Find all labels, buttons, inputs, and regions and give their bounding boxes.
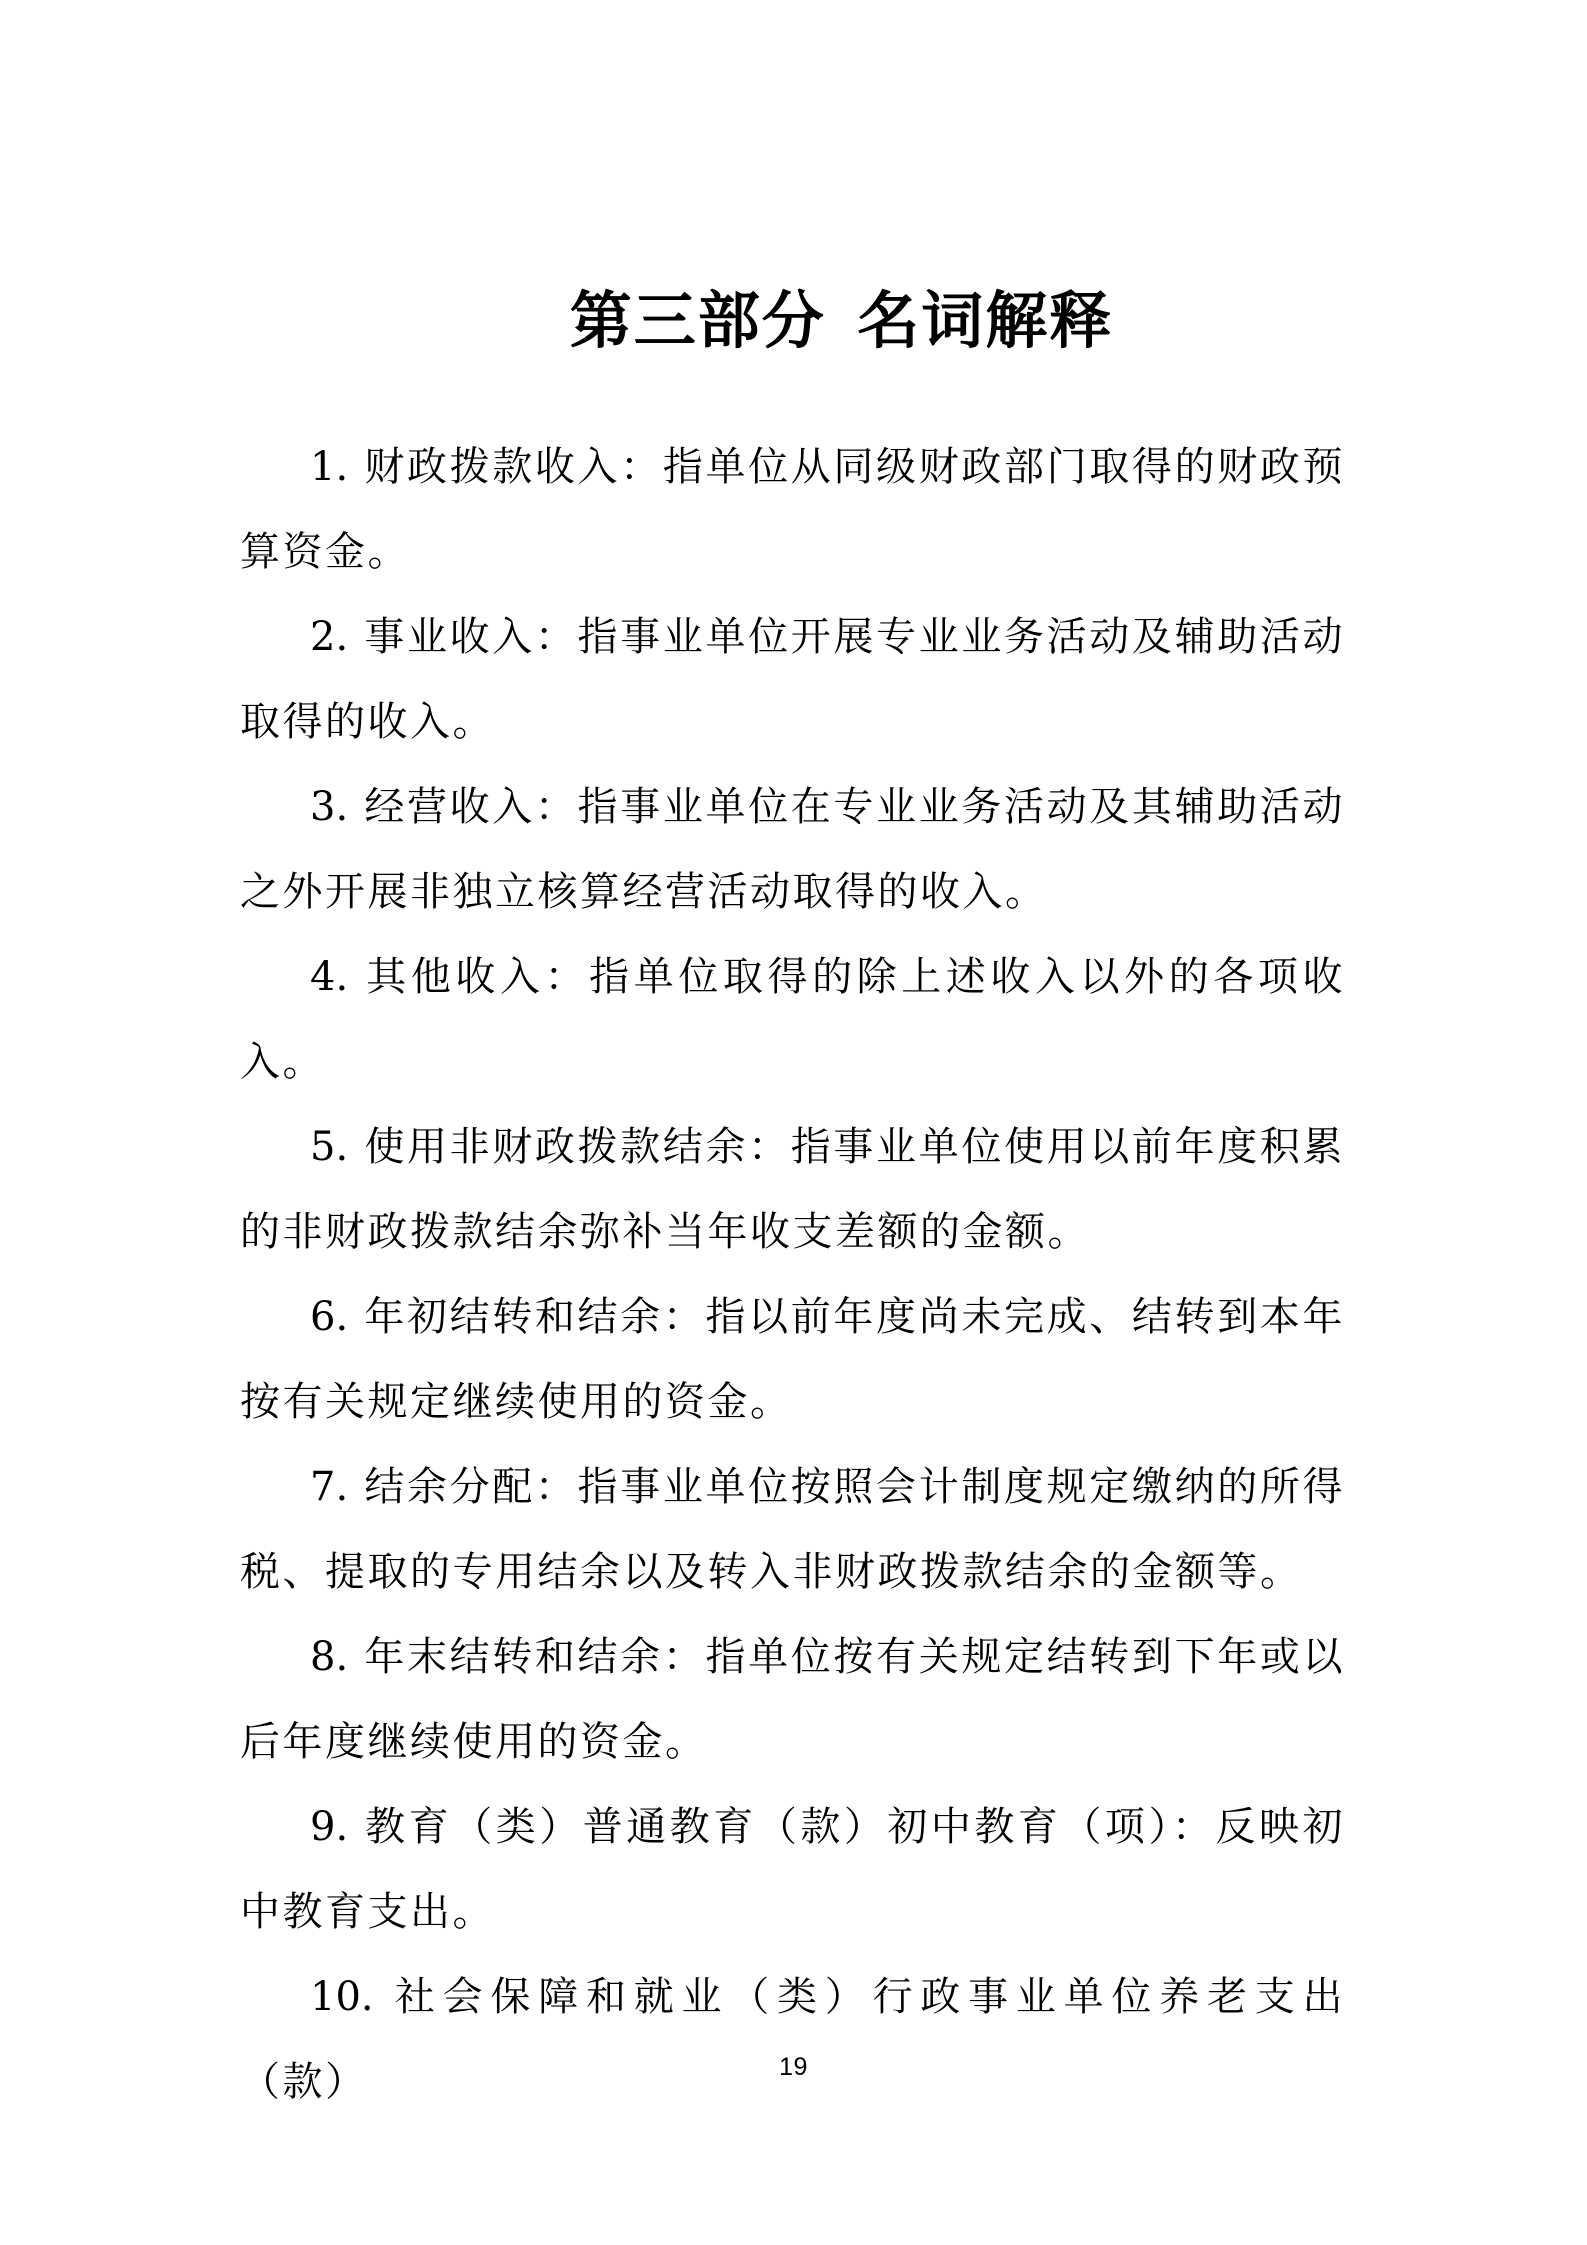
item-number: 8.	[310, 1634, 348, 1680]
page-number: 19	[0, 2052, 1587, 2082]
item-number: 5.	[310, 1124, 348, 1170]
glossary-list: 1.财政拨款收入：指单位从同级财政部门取得的财政预算资金。 2.事业收入：指事业…	[240, 425, 1345, 2125]
glossary-item: 8.年末结转和结余：指单位按有关规定结转到下年或以后年度继续使用的资金。	[240, 1615, 1345, 1785]
glossary-item: 1.财政拨款收入：指单位从同级财政部门取得的财政预算资金。	[240, 425, 1345, 595]
item-number: 9.	[310, 1804, 348, 1850]
item-text: 年初结转和结余：指以前年度尚未完成、结转到本年按有关规定继续使用的资金。	[240, 1294, 1345, 1425]
item-text: 财政拨款收入：指单位从同级财政部门取得的财政预算资金。	[240, 444, 1345, 575]
glossary-item: 4.其他收入：指单位取得的除上述收入以外的各项收入。	[240, 935, 1345, 1105]
item-number: 7.	[310, 1464, 348, 1510]
item-number: 4.	[310, 954, 348, 1000]
glossary-item: 7.结余分配：指事业单位按照会计制度规定缴纳的所得税、提取的专用结余以及转入非财…	[240, 1445, 1345, 1615]
item-text: 事业收入：指事业单位开展专业业务活动及辅助活动取得的收入。	[240, 614, 1345, 745]
item-text: 结余分配：指事业单位按照会计制度规定缴纳的所得税、提取的专用结余以及转入非财政拨…	[240, 1464, 1345, 1595]
item-number: 3.	[310, 784, 348, 830]
page-title: 第三部分 名词解释	[0, 284, 1587, 358]
glossary-item: 6.年初结转和结余：指以前年度尚未完成、结转到本年按有关规定继续使用的资金。	[240, 1275, 1345, 1445]
item-number: 6.	[310, 1294, 348, 1340]
glossary-item: 9.教育（类）普通教育（款）初中教育（项）：反映初中教育支出。	[240, 1785, 1345, 1955]
item-text: 年末结转和结余：指单位按有关规定结转到下年或以后年度继续使用的资金。	[240, 1634, 1345, 1765]
glossary-item: 2.事业收入：指事业单位开展专业业务活动及辅助活动取得的收入。	[240, 595, 1345, 765]
glossary-item: 5.使用非财政拨款结余：指事业单位使用以前年度积累的非财政拨款结余弥补当年收支差…	[240, 1105, 1345, 1275]
item-text: 经营收入：指事业单位在专业业务活动及其辅助活动之外开展非独立核算经营活动取得的收…	[240, 784, 1345, 915]
item-number: 1.	[310, 444, 348, 490]
glossary-item: 10.社会保障和就业（类）行政事业单位养老支出（款）	[240, 1955, 1345, 2125]
document-page: 第三部分 名词解释 1.财政拨款收入：指单位从同级财政部门取得的财政预算资金。 …	[0, 0, 1587, 2245]
item-text: 教育（类）普通教育（款）初中教育（项）：反映初中教育支出。	[240, 1804, 1345, 1935]
item-text: 其他收入：指单位取得的除上述收入以外的各项收入。	[240, 954, 1345, 1085]
glossary-item: 3.经营收入：指事业单位在专业业务活动及其辅助活动之外开展非独立核算经营活动取得…	[240, 765, 1345, 935]
item-text: 社会保障和就业（类）行政事业单位养老支出（款）	[240, 1974, 1345, 2105]
item-text: 使用非财政拨款结余：指事业单位使用以前年度积累的非财政拨款结余弥补当年收支差额的…	[240, 1124, 1345, 1255]
item-number: 2.	[310, 614, 348, 660]
item-number: 10.	[310, 1974, 374, 2020]
